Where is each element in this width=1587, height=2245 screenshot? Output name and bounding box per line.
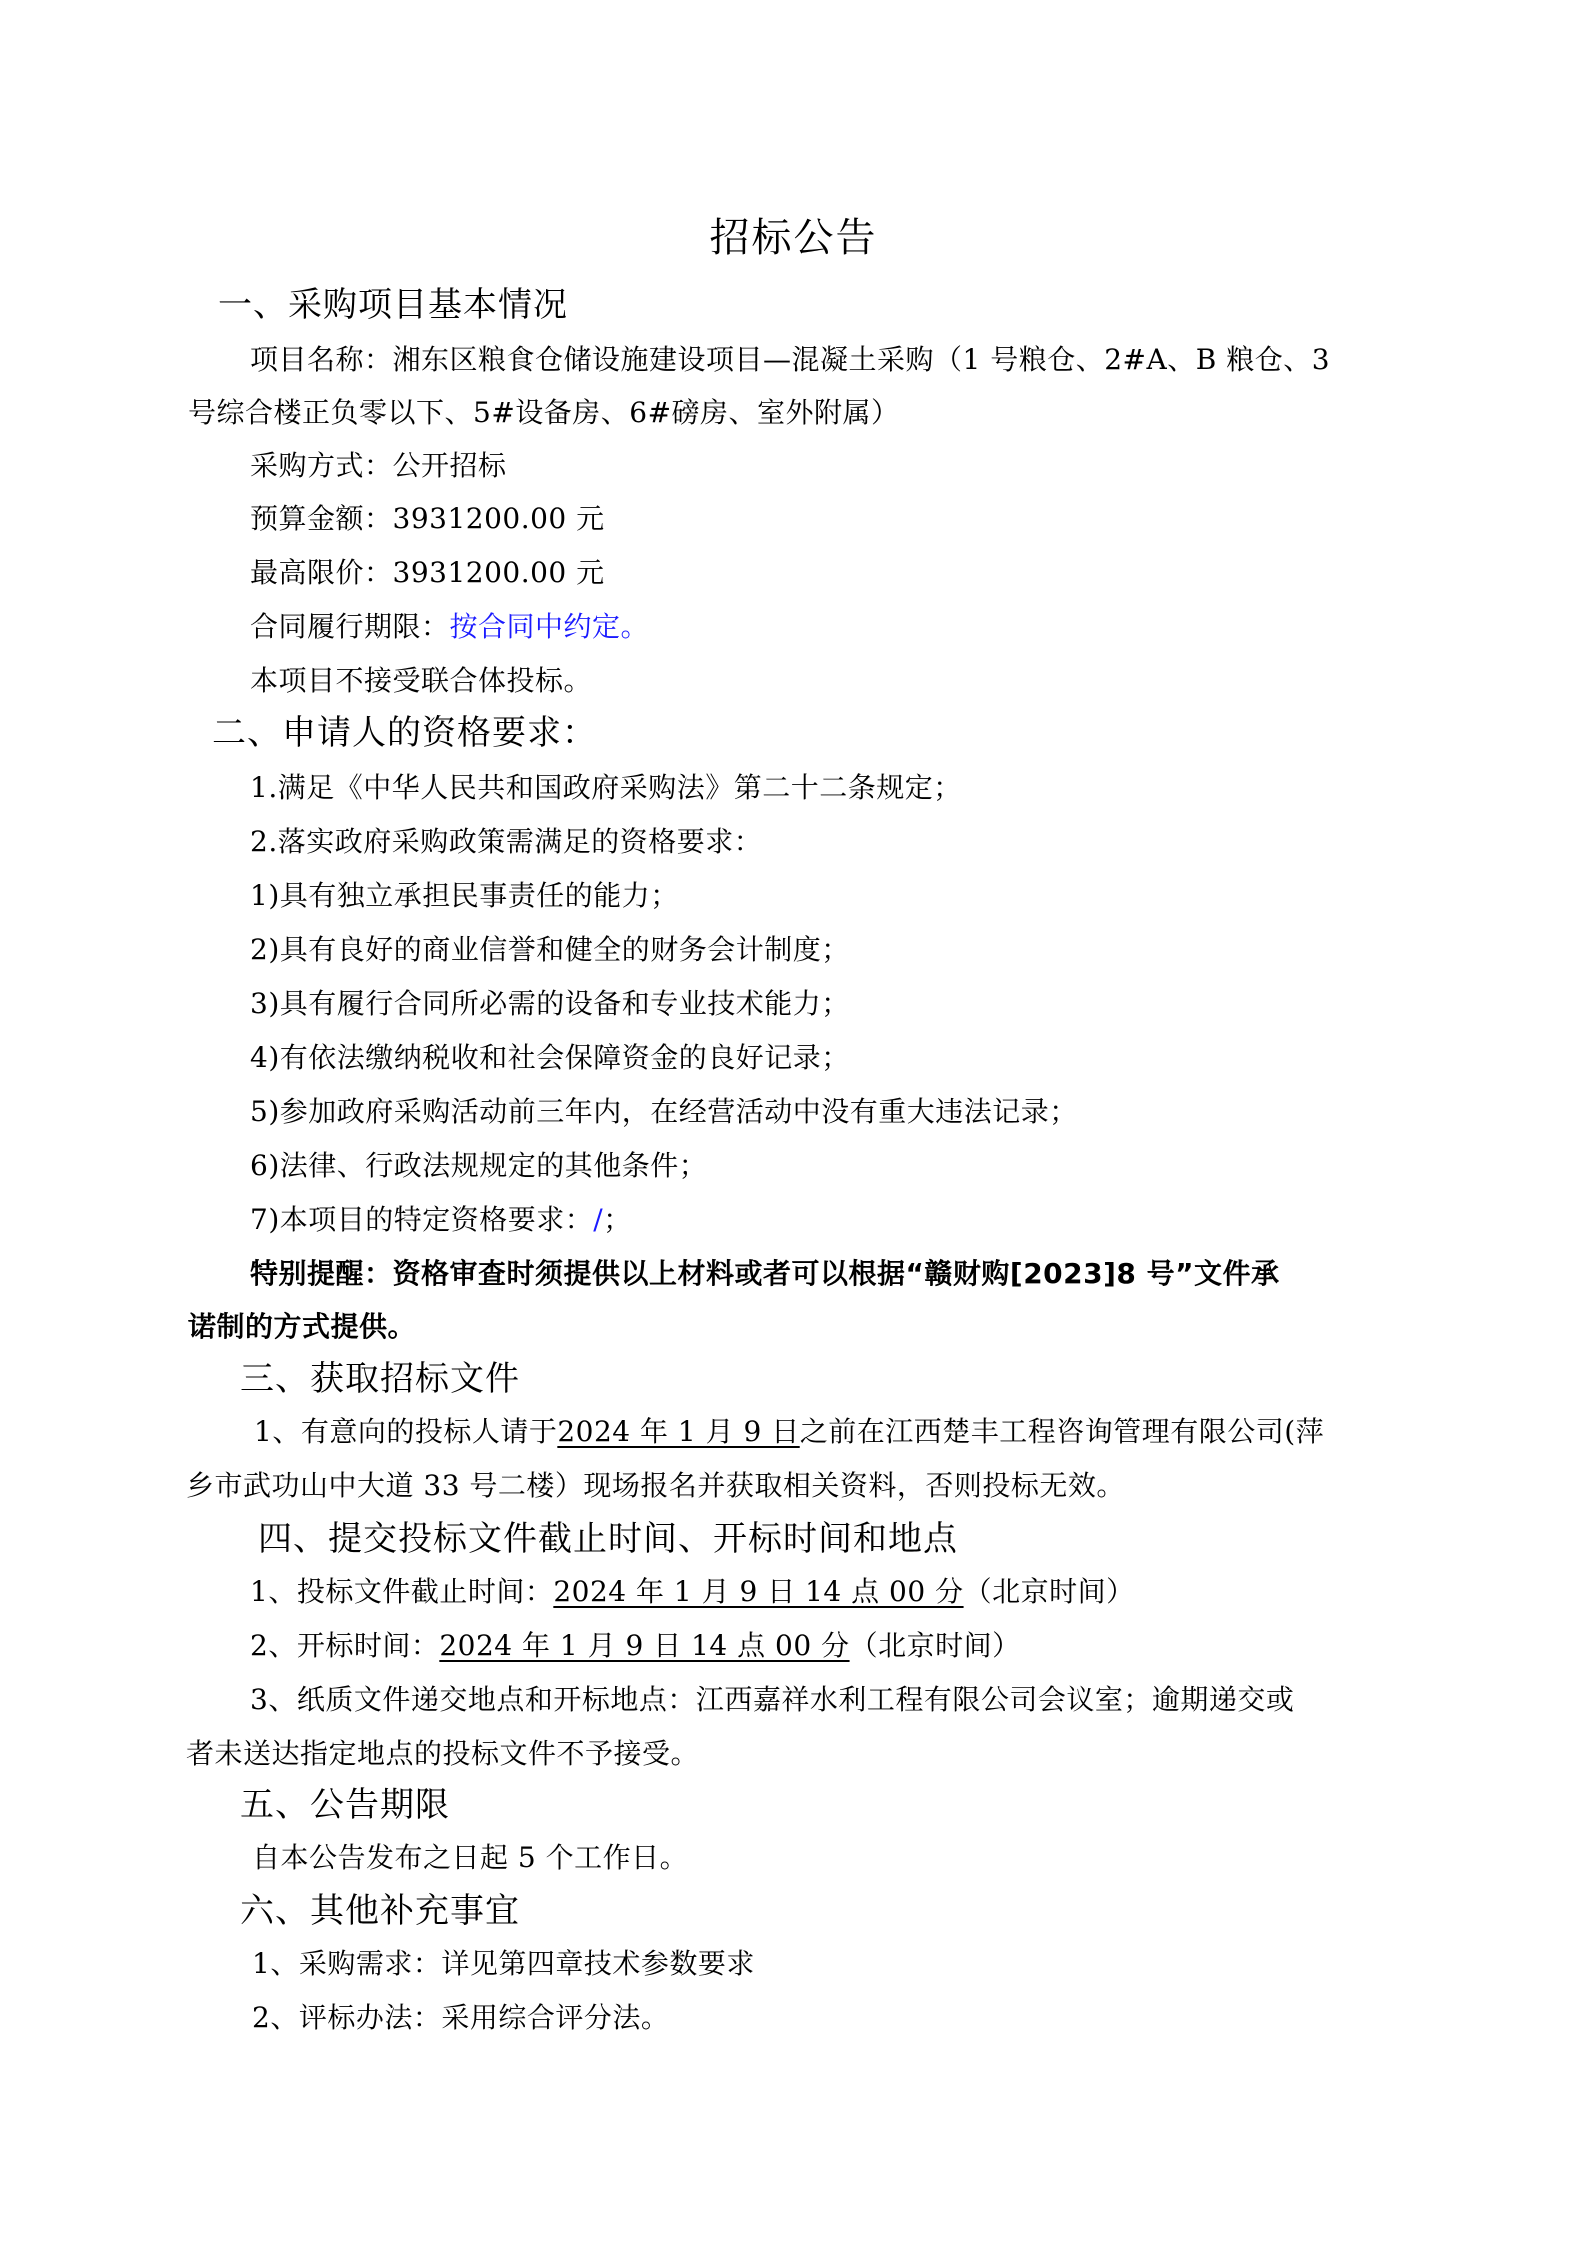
section5-heading: 五、公告期限 (240, 1782, 450, 1828)
bid-deadline-tz: （北京时间） (964, 1575, 1135, 1608)
section1-heading: 一、采购项目基本情况 (218, 282, 568, 328)
section4-heading: 四、提交投标文件截止时间、开标时间和地点 (258, 1516, 958, 1562)
section6-heading: 六、其他补充事宜 (240, 1888, 520, 1934)
obtain-docs-prefix: 1、有意向的投标人请于 (254, 1415, 557, 1448)
bid-opening-value: 2024 年 1 月 9 日 14 点 00 分 (439, 1629, 849, 1662)
consortium-note: 本项目不接受联合体投标。 (250, 661, 592, 701)
bid-deadline: 1、投标文件截止时间：2024 年 1 月 9 日 14 点 00 分（北京时间… (250, 1572, 1135, 1612)
submission-location-line1: 3、纸质文件递交地点和开标地点：江西嘉祥水利工程有限公司会议室；逾期递交或 (250, 1680, 1294, 1720)
qualification-item: 2)具有良好的商业信誉和健全的财务会计制度； (250, 930, 850, 970)
qualification-item: 2.落实政府采购政策需满足的资格要求： (250, 822, 762, 862)
qualification-item: 4)有依法缴纳税收和社会保障资金的良好记录； (250, 1038, 850, 1078)
contract-period-label: 合同履行期限： (250, 610, 450, 643)
qualification-item: 1)具有独立承担民事责任的能力； (250, 876, 679, 916)
budget-label: 预算金额： (250, 502, 393, 535)
notice-period-text: 自本公告发布之日起 5 个工作日。 (252, 1838, 688, 1878)
obtain-docs-suffix: 之前在江西楚丰工程咨询管理有限公司(萍 (800, 1415, 1324, 1448)
method-label: 采购方式： (250, 449, 393, 482)
procurement-method: 采购方式：公开招标 (250, 446, 507, 486)
special-reminder-line1: 特别提醒：资格审查时须提供以上材料或者可以根据“赣财购[2023]8 号”文件承 (250, 1254, 1280, 1294)
obtain-docs-date: 2024 年 1 月 9 日 (557, 1415, 799, 1448)
bid-opening-time: 2、开标时间：2024 年 1 月 9 日 14 点 00 分（北京时间） (250, 1626, 1021, 1666)
supplementary-item: 1、采购需求：详见第四章技术参数要求 (252, 1944, 755, 1984)
budget-amount: 预算金额：3931200.00 元 (250, 499, 605, 539)
obtain-docs-line1: 1、有意向的投标人请于2024 年 1 月 9 日之前在江西楚丰工程咨询管理有限… (254, 1412, 1324, 1452)
qualification-item: 1.满足《中华人民共和国政府采购法》第二十二条规定； (250, 768, 962, 808)
contract-period-value: 按合同中约定。 (450, 610, 650, 643)
item7-value: / (593, 1203, 603, 1236)
max-price: 最高限价：3931200.00 元 (250, 553, 605, 593)
project-name-line2: 号综合楼正负零以下、5#设备房、6#磅房、室外附属） (188, 393, 900, 433)
max-price-value: 3931200.00 元 (393, 556, 605, 589)
qualification-item: 5)参加政府采购活动前三年内，在经营活动中没有重大违法记录； (250, 1092, 1078, 1132)
bid-deadline-label: 1、投标文件截止时间： (250, 1575, 553, 1608)
qualification-item-7: 7)本项目的特定资格要求：/； (250, 1200, 632, 1240)
item7-suffix: ； (603, 1203, 632, 1236)
project-name-line1: 项目名称：湘东区粮食仓储设施建设项目—混凝土采购（1 号粮仓、2#A、B 粮仓、… (250, 340, 1330, 380)
section2-heading: 二、申请人的资格要求： (212, 710, 597, 756)
document-page: 招标公告 一、采购项目基本情况 项目名称：湘东区粮食仓储设施建设项目—混凝土采购… (0, 0, 1587, 2245)
bid-opening-label: 2、开标时间： (250, 1629, 439, 1662)
special-reminder-line2: 诺制的方式提供。 (188, 1307, 416, 1347)
document-title: 招标公告 (0, 210, 1587, 266)
contract-period: 合同履行期限：按合同中约定。 (250, 607, 649, 647)
bid-deadline-value: 2024 年 1 月 9 日 14 点 00 分 (553, 1575, 963, 1608)
bid-opening-tz: （北京时间） (850, 1629, 1021, 1662)
submission-location-line2: 者未送达指定地点的投标文件不予接受。 (186, 1734, 699, 1774)
item7-prefix: 7)本项目的特定资格要求： (250, 1203, 593, 1236)
budget-value: 3931200.00 元 (393, 502, 605, 535)
qualification-item: 3)具有履行合同所必需的设备和专业技术能力； (250, 984, 850, 1024)
obtain-docs-line2: 乡市武功山中大道 33 号二楼）现场报名并获取相关资料，否则投标无效。 (186, 1466, 1125, 1506)
supplementary-item: 2、评标办法：采用综合评分法。 (252, 1998, 669, 2038)
method-value: 公开招标 (393, 449, 507, 482)
project-name-label: 项目名称： (250, 343, 393, 376)
project-name-value: 湘东区粮食仓储设施建设项目—混凝土采购（1 号粮仓、2#A、B 粮仓、3 (393, 343, 1331, 376)
qualification-item: 6)法律、行政法规规定的其他条件； (250, 1146, 707, 1186)
max-price-label: 最高限价： (250, 556, 393, 589)
section3-heading: 三、获取招标文件 (240, 1356, 520, 1402)
